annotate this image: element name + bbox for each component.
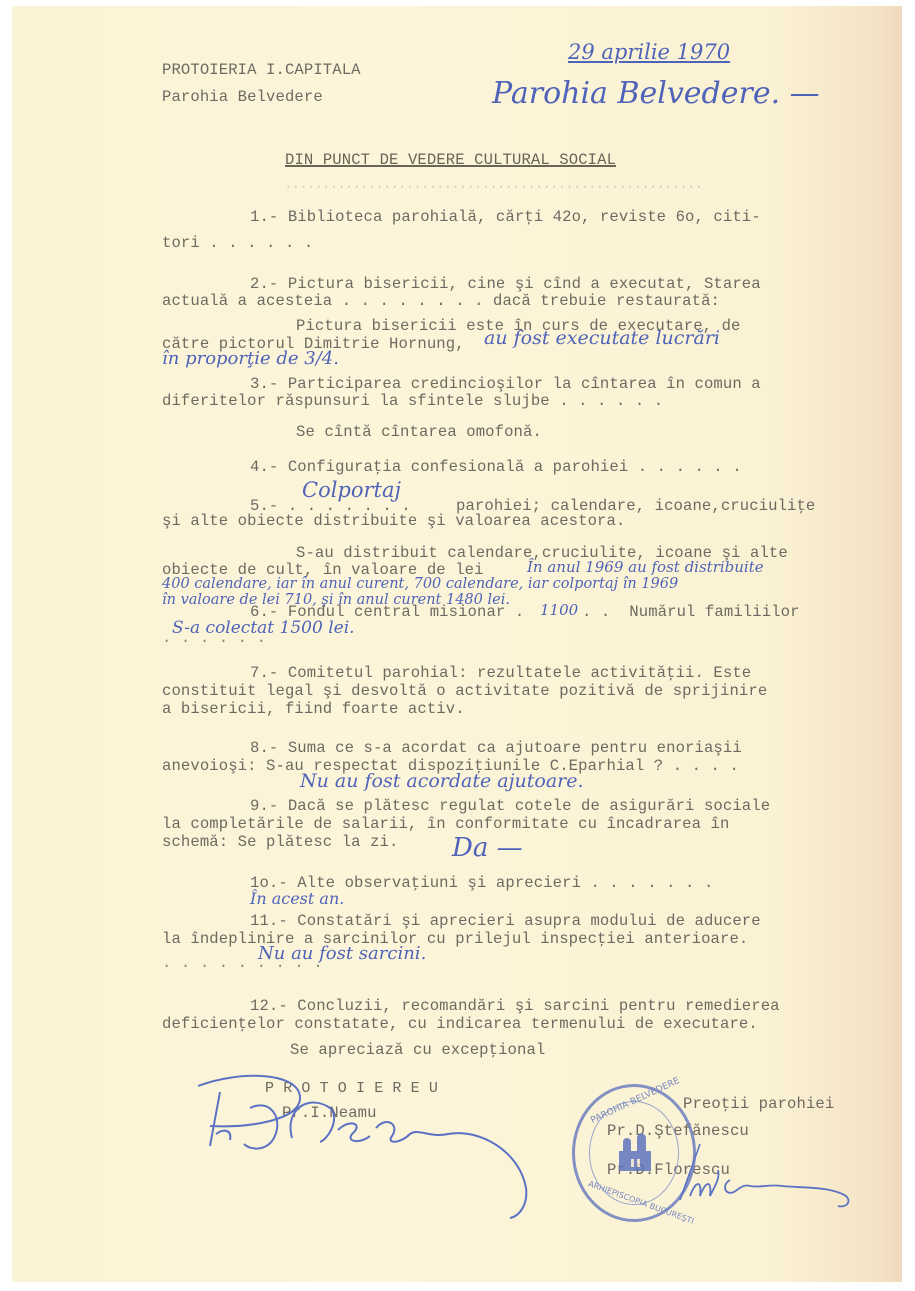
item-9-handwritten: Da — [452,834,523,862]
parish-priests-title: Preoţii parohiei [683,1096,834,1112]
priest-signature [660,1140,860,1220]
item-7-line3: a bisericii, fiind foarte activ. [162,701,465,717]
title-dots: ········································… [285,180,703,196]
protoiereu-signature [180,1068,540,1218]
item-9-line3: schemă: Se plătesc la zi. [162,834,398,850]
item-11-handwritten: Nu au fost sarcini. [258,946,426,962]
item-2-handwritten2: în proporţie de 3/4. [162,351,339,367]
item-2-handwritten1: au fost executate lucrări [484,330,720,346]
item-5-line2: şi alte obiecte distribuite şi valoarea … [162,513,625,529]
item-6-rest: . . Numărul familiilor [582,604,800,620]
item-10-handwritten: În acest an. [250,891,344,907]
item-9-line2: la completările de salarii, în conformit… [162,816,729,832]
item-7-line1: 7.- Comitetul parohial: rezultatele acti… [250,665,751,681]
item-8-handwritten: Nu au fost acordate ajutoare. [300,773,584,789]
item-1-line1: 1.- Biblioteca parohială, cărţi 42o, rev… [250,209,761,225]
parish-name: Parohia Belvedere [162,89,323,105]
item-5-handwritten1: În anul 1969 au fost distribuite [527,559,764,575]
item-5-handwritten-word: Colportaj [302,482,401,498]
item-6-dots: . . . . . . [162,630,266,646]
handwritten-date: 29 aprilie 1970 [568,44,730,60]
item-11-line1: 11.- Constatări şi aprecieri asupra modu… [250,913,761,929]
org-name: PROTOIERIA I.CAPITALA [162,62,361,78]
item-2-line1: 2.- Pictura bisericii, cine şi cînd a ex… [250,276,761,292]
item-2-line2: actuală a acesteia . . . . . . . . dacă … [162,293,720,309]
item-8-line1: 8.- Suma ce s-a acordat ca ajutoare pent… [250,740,742,756]
church-icon [613,1131,657,1175]
item-9-line1: 9.- Dacă se plătesc regulat cotele de as… [250,798,770,814]
item-3-line1: 3.- Participarea credincioşilor la cînta… [250,376,761,392]
item-5-handwritten2: 400 calendare, iar în anul curent, 700 c… [162,576,678,592]
item-3-line2: diferitelor răspunsuri la sfintele slujb… [162,393,663,409]
item-7-line2: constituit legal şi desvoltă o activitat… [162,683,767,699]
item-4-line1: 4.- Configuraţia confesională a parohiei… [250,459,742,475]
item-12-answer: Se apreciază cu excepţional [290,1042,545,1058]
handwritten-parish: Parohia Belvedere. — [492,78,820,110]
item-6-handwritten-amount: 1100 [540,602,578,618]
item-12-line2: deficienţelor constatate, cu indicarea t… [162,1016,758,1032]
item-3-answer: Se cîntă cîntarea omofonă. [296,424,542,440]
item-12-line1: 12.- Concluzii, recomandări şi sarcini p… [250,998,780,1014]
item-1-line2: tori . . . . . . [162,235,313,251]
page-title: DIN PUNCT DE VEDERE CULTURAL SOCIAL [285,152,616,168]
item-11-line2: la îndeplinire a sarcinilor cu prilejul … [162,931,748,947]
